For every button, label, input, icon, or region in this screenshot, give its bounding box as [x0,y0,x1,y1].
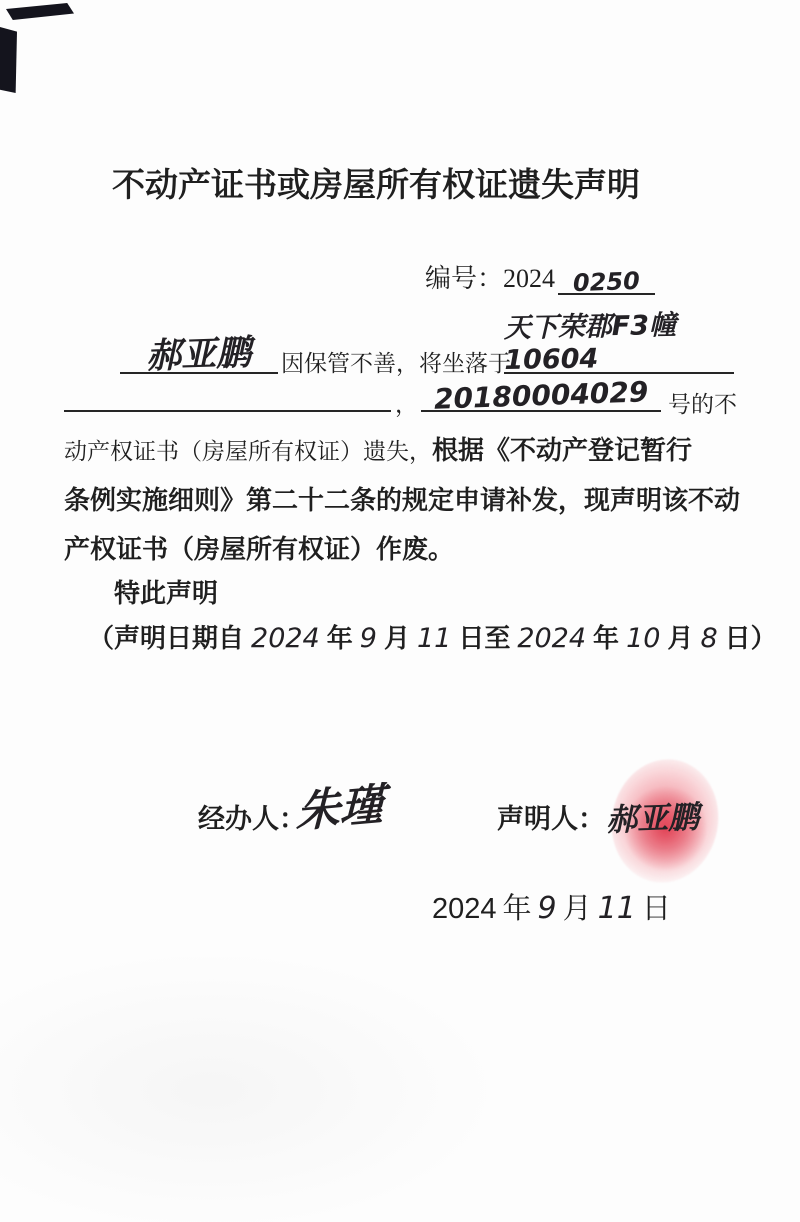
footer-year-label: 年 [503,886,532,927]
validity-year-label-2: 年 [593,618,619,655]
address-underline: 天下荣郡F3幢10604 [504,330,734,374]
blank-underline [64,372,391,412]
validity-end-month-handwritten: 10 [626,623,660,654]
serial-label: 编号： [425,258,503,295]
validity-end-day-handwritten: 8 [700,623,717,654]
body-line3-bold-text: 根据《不动产登记暂行 [432,430,692,467]
declarant-name-underline: 郝亚鹏 [120,328,278,374]
body-comma: ， [395,386,418,419]
footer-month-label: 月 [563,886,592,927]
validity-mid-label: 日至 [458,618,510,655]
handler-label: 经办人： [198,797,306,836]
body-line3-serif-text: 动产权证书（房屋所有权证）遗失， [64,433,432,466]
body-line3: 动产权证书（房屋所有权证）遗失， 根据《不动产登记暂行 [64,430,692,467]
validity-start-day-handwritten: 11 [417,623,451,654]
footer-day-label: 日 [642,886,671,927]
validity-prefix: （声明日期自 [88,618,244,655]
validity-start-year-handwritten: 2024 [251,623,320,654]
body-line4: 条例实施细则》第二十二条的规定申请补发，现声明该不动 [64,480,740,517]
scan-artifact-left-icon [0,27,17,93]
body-line2-suffix: 号的不 [668,386,737,419]
footer-day-handwritten: 11 [598,891,636,926]
validity-suffix: 日） [725,618,777,655]
declarant-name-handwritten: 郝亚鹏 [146,325,253,379]
document-title: 不动产证书或房屋所有权证遗失声明 [0,159,752,206]
footer-year: 2024 [432,893,497,926]
validity-month-label-1: 月 [384,618,410,655]
footer-month-handwritten: 9 [538,891,557,926]
validity-start-month-handwritten: 9 [360,623,377,654]
address-handwritten: 天下荣郡F3幢10604 [503,302,734,376]
scan-shading [0,930,600,1222]
scan-artifact-top-icon [6,3,74,20]
serial-number-handwritten: 0250 [573,267,641,297]
footer-date-line: 2024 年 9 月 11 日 [432,886,671,927]
certificate-number-handwritten: 20180004029 [433,375,648,415]
document-page: 不动产证书或房屋所有权证遗失声明 编号： 2024 0250 郝亚鹏 因保管不善… [0,0,800,1222]
declarant-signature-handwritten: 郝亚鹏 [605,791,700,839]
declarant-label: 声明人： [497,797,605,836]
serial-number-underline: 0250 [558,261,655,295]
serial-line: 编号： 2024 0250 [425,258,655,295]
validity-year-label-1: 年 [327,618,353,655]
validity-line: （声明日期自 2024 年 9 月 11 日至 2024 年 10 月 8 日） [88,618,777,655]
body-line5: 产权证书（房屋所有权证）作废。 [64,529,454,566]
certificate-number-underline: 20180004029 [421,372,661,412]
validity-end-year-handwritten: 2024 [517,623,586,654]
closing-statement: 特此声明 [114,573,218,610]
serial-year: 2024 [503,264,555,294]
validity-month-label-2: 月 [667,618,693,655]
handler-signature-handwritten: 朱瑾 [296,768,385,840]
